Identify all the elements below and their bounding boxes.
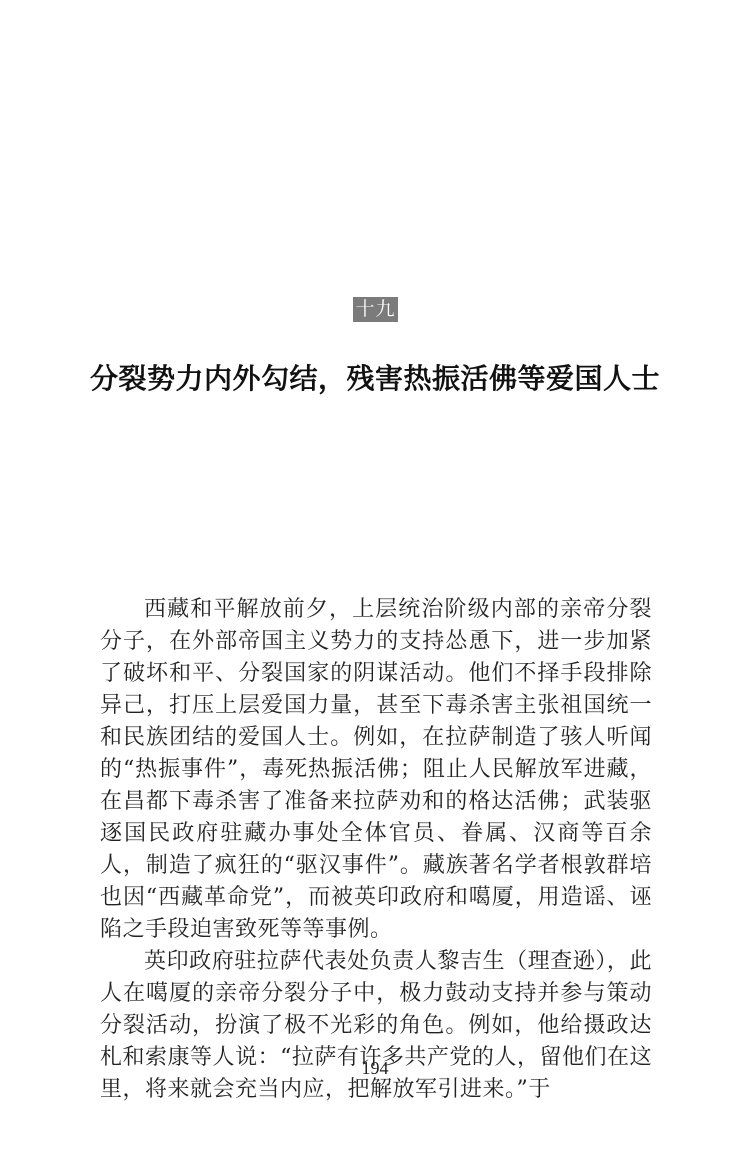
chapter-number-badge: 十九 xyxy=(353,297,398,322)
paragraph-1: 西藏和平解放前夕，上层统治阶级内部的亲帝分裂分子，在外部帝国主义势力的支持怂恿下… xyxy=(100,594,652,946)
body-text: 西藏和平解放前夕，上层统治阶级内部的亲帝分裂分子，在外部帝国主义势力的支持怂恿下… xyxy=(100,594,652,1106)
book-page: 十九 分裂势力内外勾结，残害热振活佛等爱国人士 西藏和平解放前夕，上层统治阶级内… xyxy=(0,0,750,1150)
paragraph-2: 英印政府驻拉萨代表处负责人黎吉生（理查逊），此人在噶厦的亲帝分裂分子中，极力鼓动… xyxy=(100,946,652,1106)
chapter-title: 分裂势力内外勾结，残害热振活佛等爱国人士 xyxy=(0,359,750,399)
page-number: 194 xyxy=(0,1058,750,1079)
